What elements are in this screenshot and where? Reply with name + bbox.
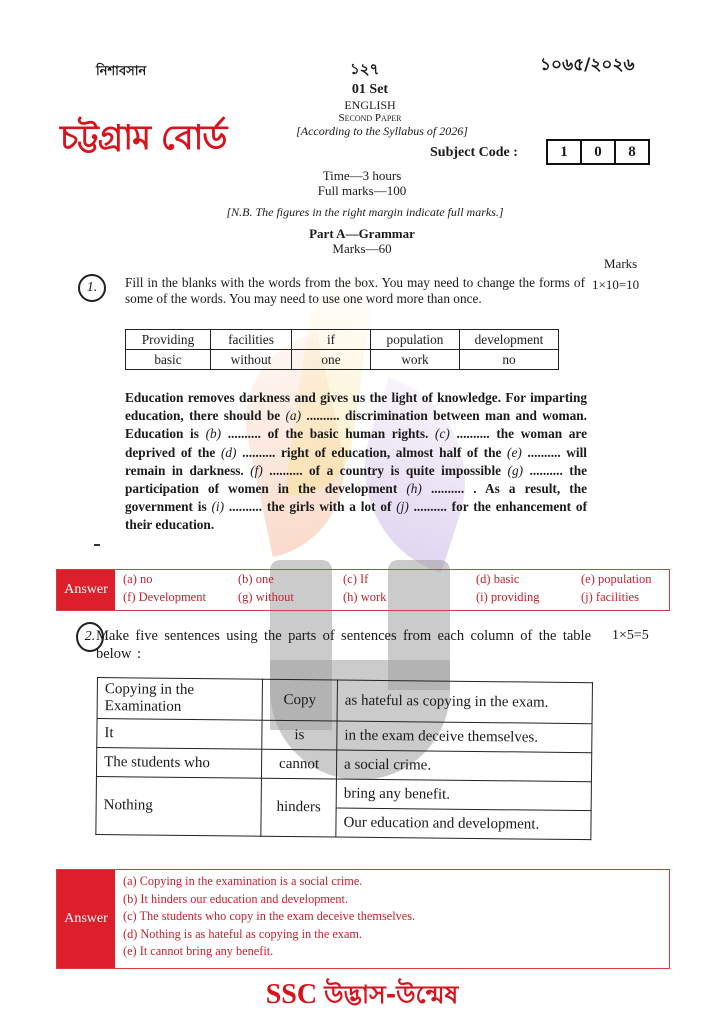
question2-marks: 1×5=5 [612, 628, 649, 644]
blank-marker: (b) [206, 426, 222, 441]
subject-code-label: Subject Code : [430, 145, 518, 161]
time-label: Time—3 hours [262, 168, 462, 184]
answer-item: (d) basic [476, 572, 581, 590]
table-cell: The students who [96, 748, 261, 779]
answer-label: Answer [57, 570, 115, 610]
answer-item: (c) The students who copy in the exam de… [123, 908, 415, 926]
word-box-cell: facilities [211, 330, 292, 350]
answer-item: (e) It cannot bring any benefit. [123, 943, 415, 961]
question1-passage: Education removes darkness and gives us … [125, 389, 587, 535]
paper-label: Second Paper [300, 112, 440, 124]
table-cell: cannot [261, 749, 336, 779]
footer-latin: SSC [266, 979, 317, 1010]
header-page-bengali: ১২৭ [350, 58, 379, 83]
table-cell: hinders [261, 778, 337, 837]
blank-marker: (c) [435, 426, 450, 441]
table-cell: is [262, 720, 337, 750]
word-box-cell: one [292, 350, 371, 370]
footer-bengali: উদ্ভাস-উন্মেষ [324, 980, 458, 1009]
answer-item: (i) providing [476, 590, 581, 608]
table-cell: bring any benefit. [336, 779, 591, 811]
blank-marker: (a) [286, 408, 302, 423]
table-cell: Our education and development. [336, 808, 591, 840]
answer-item: (e) population [581, 572, 669, 590]
part-title: Part A—Grammar [262, 226, 462, 242]
word-box-cell: if [292, 330, 371, 350]
table-cell: Copy [262, 679, 337, 721]
word-box-cell: work [371, 350, 460, 370]
answer-item: (g) without [238, 590, 343, 608]
answer-item: (d) Nothing is as hateful as copying in … [123, 926, 415, 944]
table-cell: a social crime. [336, 750, 591, 782]
word-box-row: Providing facilities if population devel… [126, 330, 559, 350]
part-marks: Marks—60 [262, 241, 462, 257]
answer-item: (f) Development [123, 590, 238, 608]
full-marks-label: Full marks—100 [262, 183, 462, 199]
blank-marker: (f) [250, 463, 263, 478]
sentence-table: Copying in the Examination Copy as hatef… [95, 677, 593, 840]
header-left-bengali: নিশাবসান [96, 62, 146, 83]
word-box-cell: basic [126, 350, 211, 370]
table-cell: It [97, 719, 262, 750]
header-right-bengali: ১০৬৫/২০২৬ [540, 52, 635, 80]
table-cell: as hateful as copying in the exam. [337, 680, 592, 724]
question2-instruction: Make five sentences using the parts of s… [96, 627, 591, 663]
answer-item: (b) one [238, 572, 343, 590]
footer-brand: SSC উদ্ভাস-উন্মেষ [0, 975, 724, 1018]
table-row: Nothing hinders bring any benefit. [96, 776, 591, 810]
answer-item: (c) If [343, 572, 476, 590]
blank-marker: (j) [396, 499, 409, 514]
subject-code-box: 1 0 8 [546, 139, 650, 165]
marks-column-header: Marks [604, 256, 637, 272]
word-box-cell: population [371, 330, 460, 350]
answer-list: (a) Copying in the examination is a soci… [115, 870, 423, 968]
nb-note: [N.B. The figures in the right margin in… [180, 205, 550, 220]
subject-code-digit: 1 [548, 141, 582, 163]
answer-label: Answer [57, 870, 115, 968]
table-row: Copying in the Examination Copy as hatef… [97, 678, 592, 724]
table-cell: in the exam deceive themselves. [337, 721, 592, 753]
answer-item: (h) work [343, 590, 476, 608]
syllabus-note: [According to the Syllabus of 2026] [252, 124, 512, 139]
answer-box-1: Answer (a) no (b) one (c) If (d) basic (… [56, 569, 670, 611]
question1-marks: 1×10=10 [592, 277, 639, 293]
subject-code-digit: 8 [616, 141, 648, 163]
answer-item: (a) no [123, 572, 238, 590]
word-box-cell: development [460, 330, 559, 350]
subject-label: ENGLISH [300, 98, 440, 113]
word-box-cell: Providing [126, 330, 211, 350]
word-box-row: basic without one work no [126, 350, 559, 370]
table-cell: Nothing [96, 776, 262, 836]
blank-marker: (i) [211, 499, 224, 514]
word-box-table: Providing facilities if population devel… [125, 329, 559, 370]
stray-mark [94, 544, 100, 546]
blank-marker: (d) [221, 445, 237, 460]
blank-marker: (h) [406, 481, 422, 496]
answer-item: (b) It hinders our education and develop… [123, 891, 415, 909]
blank-marker: (e) [507, 445, 522, 460]
word-box-cell: without [211, 350, 292, 370]
question-number-circle: 1. [78, 274, 106, 302]
table-cell: Copying in the Examination [97, 678, 262, 721]
blank-marker: (g) [508, 463, 524, 478]
answer-item: (j) facilities [581, 590, 669, 608]
subject-code-digit: 0 [582, 141, 616, 163]
set-label: 01 Set [300, 82, 440, 98]
question1-instruction: Fill in the blanks with the words from t… [125, 275, 585, 307]
answer-box-2: Answer (a) Copying in the examination is… [56, 869, 670, 969]
answer-grid: (a) no (b) one (c) If (d) basic (e) popu… [115, 570, 669, 610]
answer-item: (a) Copying in the examination is a soci… [123, 873, 415, 891]
word-box-cell: no [460, 350, 559, 370]
board-title: চট্টগ্রাম বোর্ড [60, 112, 226, 169]
